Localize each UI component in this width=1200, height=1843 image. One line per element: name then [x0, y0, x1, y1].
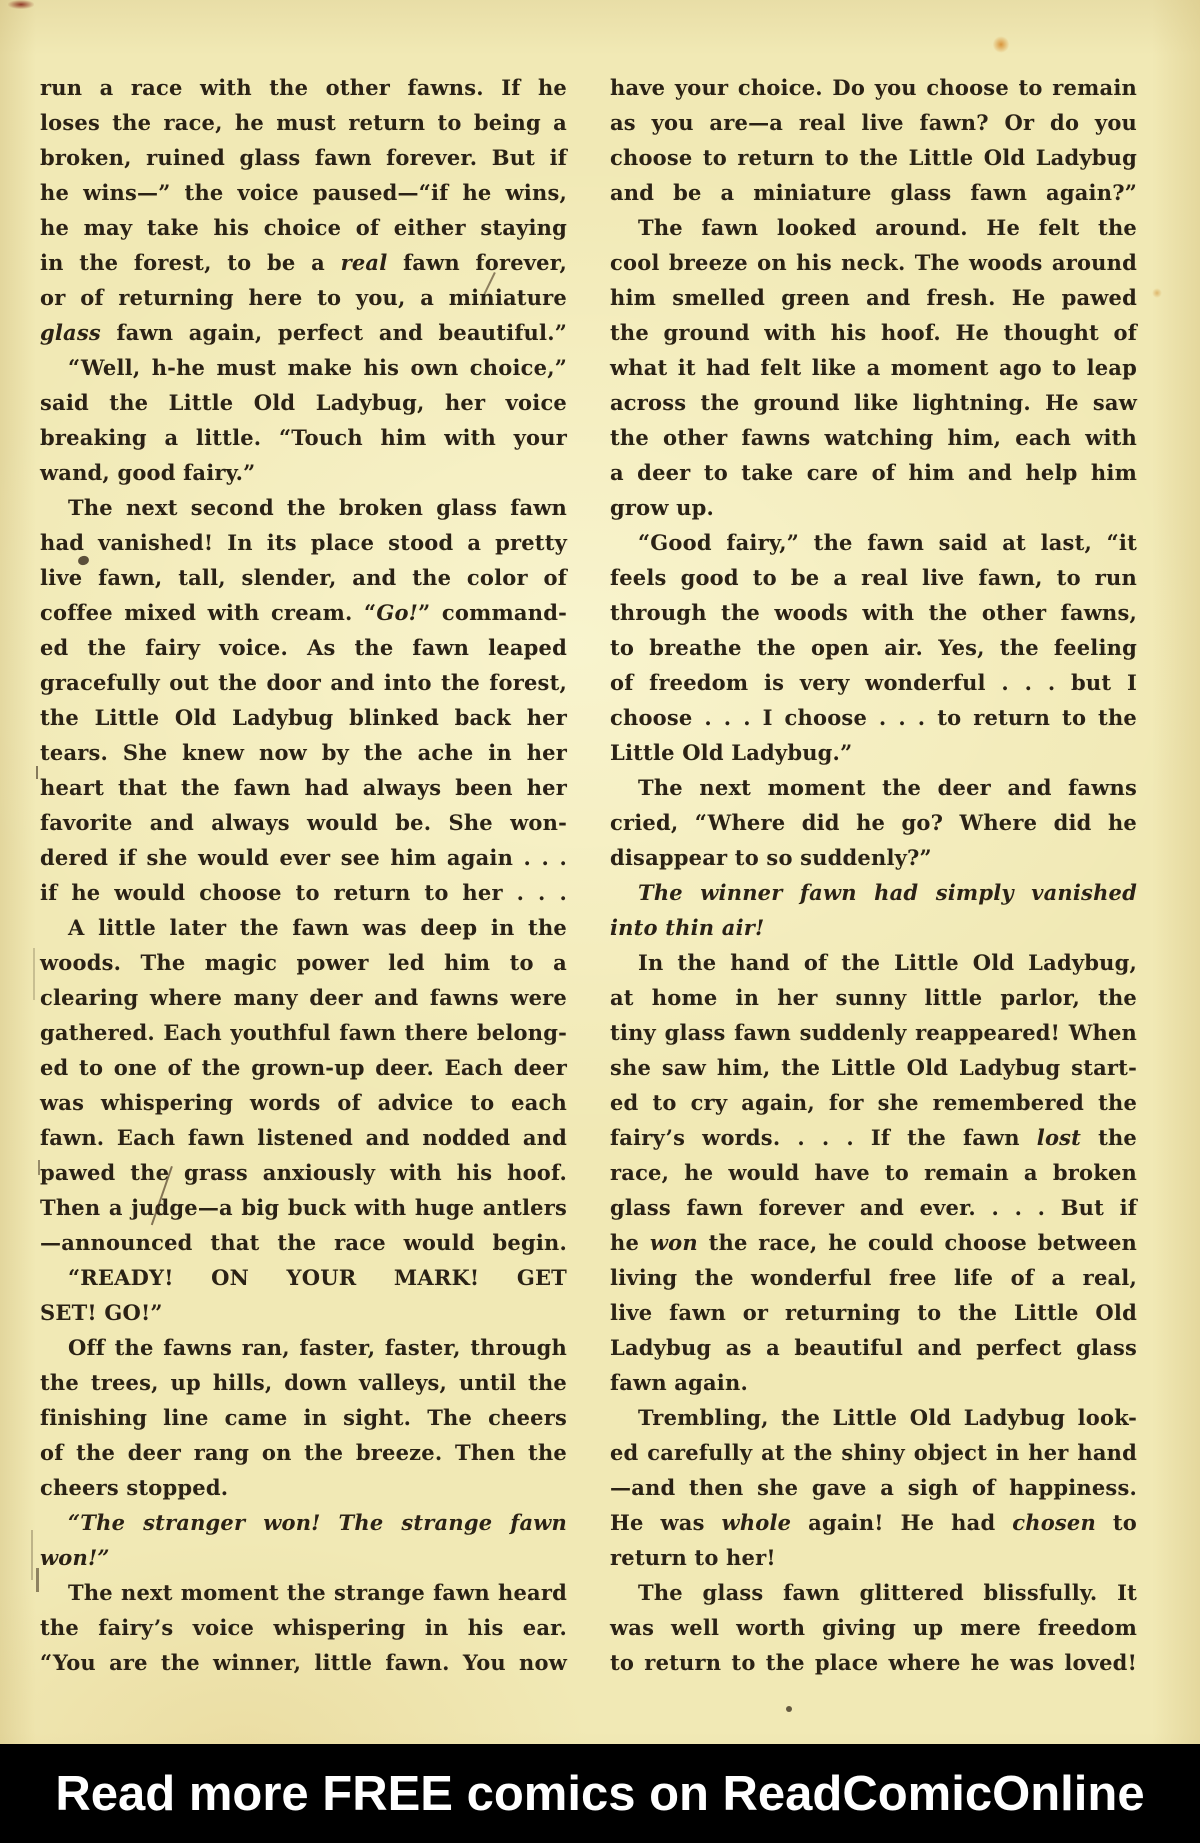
text-line: live fawn or returning to the Little Old: [610, 1295, 1137, 1330]
text-line: through the woods with the other fawns,: [610, 595, 1137, 630]
text-line: broken, ruined glass fawn forever. But i…: [40, 140, 567, 175]
right-column: have your choice. Do you choose to remai…: [610, 70, 1137, 1680]
text-line: tears. She knew now by the ache in her: [40, 735, 567, 770]
text-line: the fairy’s voice whispering in his ear.: [40, 1610, 567, 1645]
paper-stain-orange-small: [1152, 288, 1162, 298]
edge-mark: [36, 1568, 39, 1592]
edge-mark: [31, 1530, 33, 1580]
text-line: The glass fawn glittered blissfully. It: [610, 1575, 1137, 1610]
text-line: he wins—” the voice paused—“if he wins,: [40, 175, 567, 210]
text-line: or of returning here to you, a miniature: [40, 280, 567, 315]
text-line: —announced that the race would begin.: [40, 1225, 567, 1260]
text-line: him smelled green and fresh. He pawed: [610, 280, 1137, 315]
text-line: fawn. Each fawn listened and nodded and: [40, 1120, 567, 1155]
text-line: finishing line came in sight. The cheers: [40, 1400, 567, 1435]
text-line: in the forest, to be a real fawn forever…: [40, 245, 567, 280]
text-line: if he would choose to return to her . . …: [40, 875, 567, 910]
text-line: Then a judge—a big buck with huge antler…: [40, 1190, 567, 1225]
text-line: return to her!: [610, 1540, 1137, 1575]
text-line: “READY! ON YOUR MARK! GET: [40, 1260, 567, 1295]
text-line: ed carefully at the shiny object in her …: [610, 1435, 1137, 1470]
readcomiconline-banner: Read more FREE comics on ReadComicOnline: [0, 1744, 1200, 1843]
paper-stain-red: [8, 0, 34, 9]
text-line: ed to cry again, for she remembered the: [610, 1085, 1137, 1120]
text-line: across the ground like lightning. He saw: [610, 385, 1137, 420]
text-line: the Little Old Ladybug blinked back her: [40, 700, 567, 735]
text-line: had vanished! In its place stood a prett…: [40, 525, 567, 560]
text-line: ed to one of the grown-up deer. Each dee…: [40, 1050, 567, 1085]
story-text-columns: run a race with the other fawns. If helo…: [40, 70, 1137, 1680]
text-line: of freedom is very wonderful . . . but I: [610, 665, 1137, 700]
text-line: live fawn, tall, slender, and the color …: [40, 560, 567, 595]
text-line: said the Little Old Ladybug, her voice: [40, 385, 567, 420]
text-line: what it had felt like a moment ago to le…: [610, 350, 1137, 385]
text-line: favorite and always would be. She won-: [40, 805, 567, 840]
text-line: breaking a little. “Touch him with your: [40, 420, 567, 455]
text-line: Trembling, the Little Old Ladybug look-: [610, 1400, 1137, 1435]
text-line: The next moment the deer and fawns: [610, 770, 1137, 805]
text-line: He was whole again! He had chosen to: [610, 1505, 1137, 1540]
left-column: run a race with the other fawns. If helo…: [40, 70, 567, 1680]
text-line: choose to return to the Little Old Ladyb…: [610, 140, 1137, 175]
text-line: SET! GO!”: [40, 1295, 567, 1330]
text-line: cried, “Where did he go? Where did he: [610, 805, 1137, 840]
text-line: woods. The magic power led him to a: [40, 945, 567, 980]
text-line: Little Old Ladybug.”: [610, 735, 1137, 770]
banner-text: Read more FREE comics on ReadComicOnline: [55, 1766, 1144, 1822]
scanned-story-page: run a race with the other fawns. If helo…: [0, 0, 1200, 1843]
text-line: cool breeze on his neck. The woods aroun…: [610, 245, 1137, 280]
text-line: living the wonderful free life of a real…: [610, 1260, 1137, 1295]
text-line: glass fawn forever and ever. . . . But i…: [610, 1190, 1137, 1225]
text-line: choose . . . I choose . . . to return to…: [610, 700, 1137, 735]
text-line: to breathe the open air. Yes, the feelin…: [610, 630, 1137, 665]
text-line: fawn again.: [610, 1365, 1137, 1400]
text-line: into thin air!: [610, 910, 1137, 945]
text-line: ed the fairy voice. As the fawn leaped: [40, 630, 567, 665]
text-line: glass fawn again, perfect and beautiful.…: [40, 315, 567, 350]
text-line: The next second the broken glass fawn: [40, 490, 567, 525]
edge-mark: [36, 766, 38, 779]
text-line: he may take his choice of either staying: [40, 210, 567, 245]
text-line: gathered. Each youthful fawn there belon…: [40, 1015, 567, 1050]
end-dot: [786, 1706, 792, 1712]
text-line: gracefully out the door and into the for…: [40, 665, 567, 700]
text-line: The next moment the strange fawn heard: [40, 1575, 567, 1610]
text-line: “Well, h-he must make his own choice,”: [40, 350, 567, 385]
text-line: run a race with the other fawns. If he: [40, 70, 567, 105]
text-line: was well worth giving up mere freedom: [610, 1610, 1137, 1645]
text-line: pawed the grass anxiously with his hoof.: [40, 1155, 567, 1190]
text-line: A little later the fawn was deep in the: [40, 910, 567, 945]
text-line: and be a miniature glass fawn again?”: [610, 175, 1137, 210]
text-line: In the hand of the Little Old Ladybug,: [610, 945, 1137, 980]
text-line: Off the fawns ran, faster, faster, throu…: [40, 1330, 567, 1365]
text-line: a deer to take care of him and help him: [610, 455, 1137, 490]
text-line: grow up.: [610, 490, 1137, 525]
text-line: won!”: [40, 1540, 567, 1575]
text-line: the ground with his hoof. He thought of: [610, 315, 1137, 350]
text-line: The fawn looked around. He felt the: [610, 210, 1137, 245]
edge-mark: [33, 948, 35, 1000]
text-line: “You are the winner, little fawn. You no…: [40, 1645, 567, 1680]
text-line: heart that the fawn had always been her: [40, 770, 567, 805]
text-line: —and then she gave a sigh of happiness.: [610, 1470, 1137, 1505]
text-line: to return to the place where he was love…: [610, 1645, 1137, 1680]
text-line: loses the race, he must return to being …: [40, 105, 567, 140]
paper-stain-orange: [993, 36, 1009, 53]
text-line: The winner fawn had simply vanished: [610, 875, 1137, 910]
text-line: feels good to be a real live fawn, to ru…: [610, 560, 1137, 595]
text-line: he won the race, he could choose between: [610, 1225, 1137, 1260]
text-line: was whispering words of advice to each: [40, 1085, 567, 1120]
text-line: she saw him, the Little Old Ladybug star…: [610, 1050, 1137, 1085]
text-line: coffee mixed with cream. “Go!” command-: [40, 595, 567, 630]
text-line: disappear to so suddenly?”: [610, 840, 1137, 875]
text-line: Ladybug as a beautiful and perfect glass: [610, 1330, 1137, 1365]
text-line: dered if she would ever see him again . …: [40, 840, 567, 875]
text-line: the trees, up hills, down valleys, until…: [40, 1365, 567, 1400]
text-line: cheers stopped.: [40, 1470, 567, 1505]
text-line: the other fawns watching him, each with: [610, 420, 1137, 455]
text-line: as you are—a real live fawn? Or do you: [610, 105, 1137, 140]
text-line: at home in her sunny little parlor, the: [610, 980, 1137, 1015]
text-line: wand, good fairy.”: [40, 455, 567, 490]
text-line: race, he would have to remain a broken: [610, 1155, 1137, 1190]
text-line: clearing where many deer and fawns were: [40, 980, 567, 1015]
text-line: tiny glass fawn suddenly reappeared! Whe…: [610, 1015, 1137, 1050]
text-line: have your choice. Do you choose to remai…: [610, 70, 1137, 105]
text-line: “Good fairy,” the fawn said at last, “it: [610, 525, 1137, 560]
text-line: “The stranger won! The strange fawn: [40, 1505, 567, 1540]
text-line: fairy’s words. . . . If the fawn lost th…: [610, 1120, 1137, 1155]
text-line: of the deer rang on the breeze. Then the: [40, 1435, 567, 1470]
